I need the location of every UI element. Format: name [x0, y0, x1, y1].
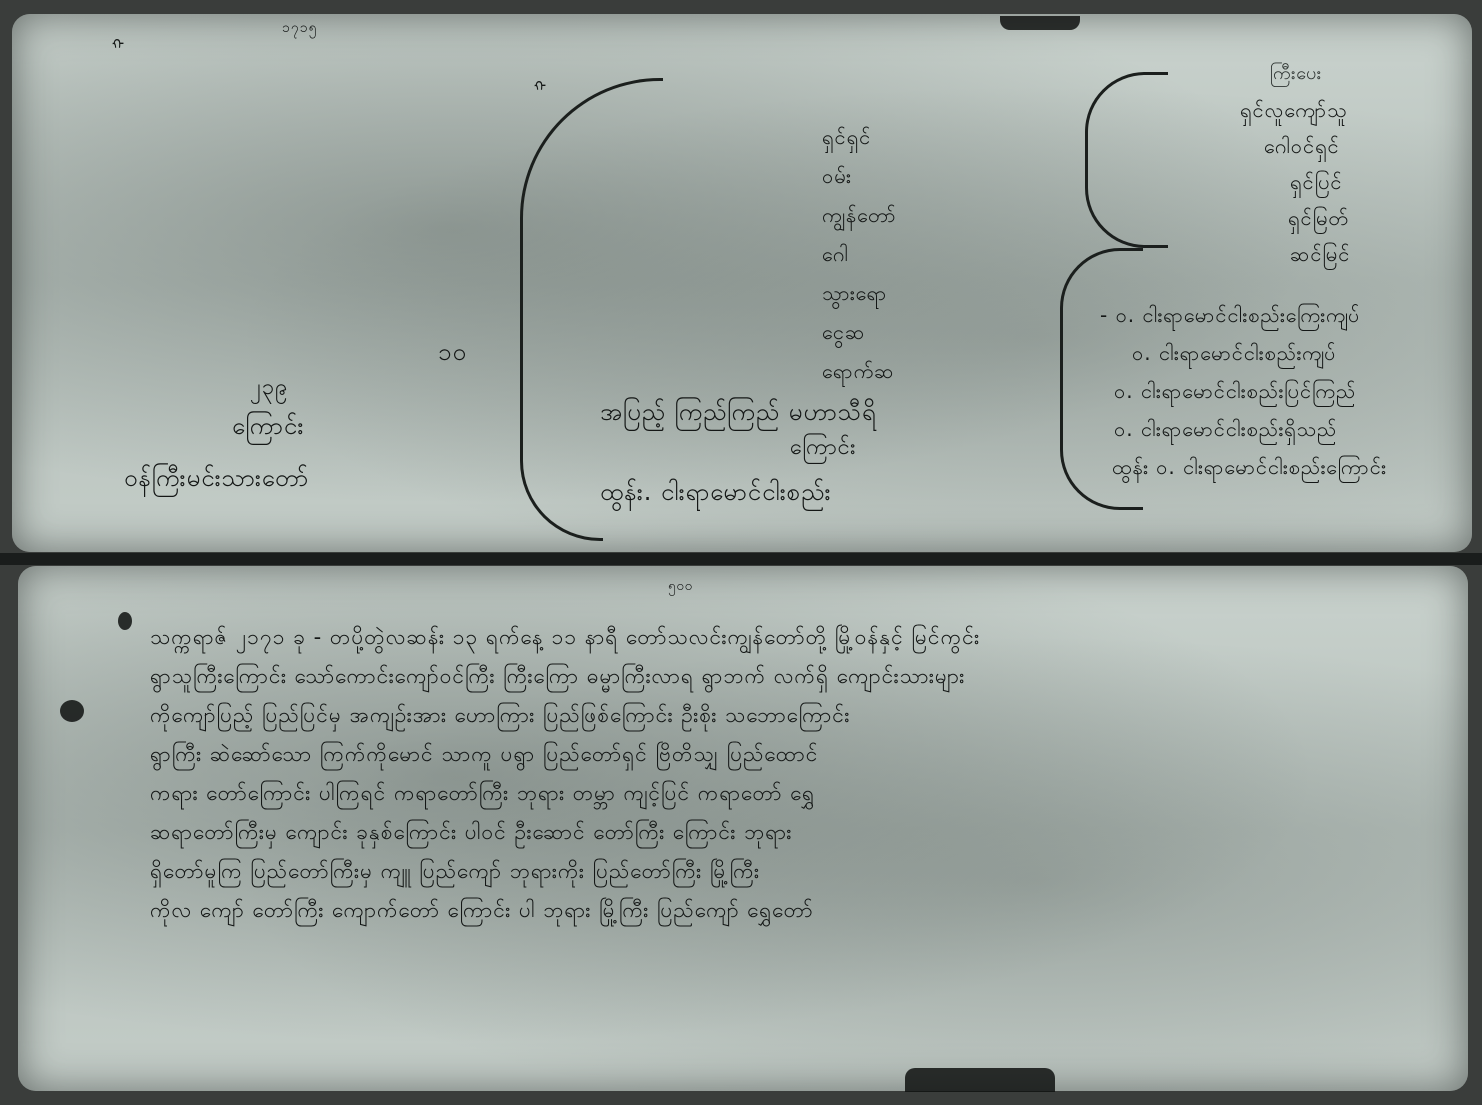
right-upper-line: ရှင်မြတ် — [1240, 200, 1350, 236]
middle-column-line: သွားရော — [822, 274, 942, 313]
bottom-line: ရွာကြီး ဆဲဆော်သော ကြက်ကိုမောင် သာကူ ပရွာ… — [150, 735, 1450, 774]
right-lower-line: ဝ. ငါးရာမောင်ငါးစည်းရှိသည် — [1100, 410, 1387, 448]
ink-stain — [60, 700, 84, 722]
right-lower-line: - ဝ. ငါးရာမောင်ငါးစည်းကြေးကျပ် — [1100, 296, 1387, 334]
middle-block-line: အပြည့် ကြည်ကြည် မဟာသီရိ — [600, 396, 877, 432]
bottom-line: ကိုလ ကျော် တော်ကြီး ကျောက်တော် ကြောင်း ပ… — [150, 891, 1450, 930]
middle-column-line: ကျွန်တော် — [822, 196, 942, 235]
bottom-line: သက္ကရာဇ် ၂၁၇၁ ခု - တပို့တွဲလဆန်း ၁၃ ရက်န… — [150, 618, 1450, 657]
page-mark-number: ၁၇၁၅ — [282, 18, 318, 39]
right-upper-line: ကြီးပေး — [1240, 56, 1350, 92]
left-block-line: ဝန်ကြီးမင်းသားတော် — [124, 462, 309, 498]
right-upper-line: ရှင်လူကျော်သူ — [1240, 92, 1350, 128]
edge-damage — [1000, 16, 1080, 30]
middle-column-line: ငွေဆ — [822, 313, 942, 352]
left-block-number: ၁၀ — [438, 336, 467, 372]
middle-column-line: ရောက်ဆ — [822, 352, 942, 391]
middle-column-line: ရှင်ရှင် — [822, 118, 942, 157]
middle-column: ရှင်ရှင် ဝမ်း ကျွန်တော် ဂေါ သွားရော ငွေဆ… — [822, 118, 942, 391]
bottom-line: ရှိတော်မူကြ ပြည်တော်ကြီးမှ ကျူ ပြည်ကျော်… — [150, 852, 1450, 891]
bottom-line: ကိုကျော်ပြည့် ပြည်ပြင်မှ အကျဉ်းအား ဟောကြ… — [150, 696, 1450, 735]
right-upper-column: ကြီးပေး ရှင်လူကျော်သူ ဂေါဝင်ရှင် ရှင်ပြင… — [1240, 56, 1350, 272]
bottom-heading-mark: ၅၀၀ — [668, 578, 693, 597]
left-block-line: ၂၃၉ — [250, 372, 289, 405]
middle-block-line: ကြောင်း — [790, 432, 856, 465]
ink-stain — [118, 612, 132, 630]
fold-crease — [0, 553, 1482, 565]
middle-block-line: ထွန်း. ငါးရာမောင်ငါးစည်း — [600, 476, 831, 512]
page-mark-left: ᠬ — [112, 30, 124, 54]
left-block-line: ကြောင်း — [232, 410, 304, 446]
bottom-line: ဆရာတော်ကြီးမှ ကျောင်း ခုနှစ်ကြောင်း ပါဝင… — [150, 813, 1450, 852]
right-lower-column: - ဝ. ငါးရာမောင်ငါးစည်းကြေးကျပ် ဝ. ငါးရာမ… — [1100, 296, 1387, 486]
brace-right-upper — [1085, 72, 1168, 248]
middle-column-line: ဂေါ — [822, 235, 942, 274]
right-upper-line: ရှင်ပြင် — [1240, 164, 1350, 200]
right-lower-line: ထွန်း ဝ. ငါးရာမောင်ငါးစည်းကြောင်း — [1100, 448, 1387, 486]
right-lower-line: ဝ. ငါးရာမောင်ငါးစည်းပြင်ကြည် — [1100, 372, 1387, 410]
page-mark-center: ᠬ — [534, 72, 546, 96]
bottom-text-block: သက္ကရာဇ် ၂၁၇၁ ခု - တပို့တွဲလဆန်း ၁၃ ရက်န… — [150, 618, 1450, 930]
middle-column-line: ဝမ်း — [822, 157, 942, 196]
bottom-line: ကရား တော်ကြောင်း ပါကြရင် ကရာတော်ကြီး ဘုရ… — [150, 774, 1450, 813]
edge-damage — [905, 1068, 1055, 1092]
right-upper-line: ဆင်မြင် — [1240, 236, 1350, 272]
right-lower-line: ဝ. ငါးရာမောင်ငါးစည်းကျပ် — [1100, 334, 1387, 372]
right-upper-line: ဂေါဝင်ရှင် — [1240, 128, 1350, 164]
bottom-line: ရွာသူကြီးကြောင်း သော်ကောင်းကျော်ဝင်ကြီး … — [150, 657, 1450, 696]
